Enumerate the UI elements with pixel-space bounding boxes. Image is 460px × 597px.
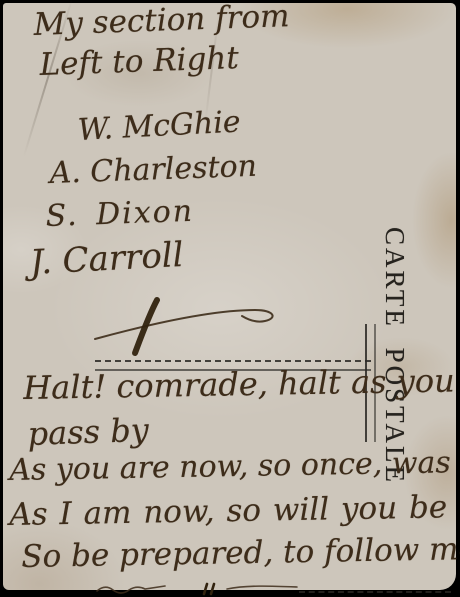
handwritten-verse-line: pass by	[27, 411, 149, 453]
handwritten-header-line-2: Left to Right	[39, 40, 239, 83]
ink-flourish	[95, 581, 300, 597]
handwritten-name: J. Carroll	[29, 235, 185, 283]
ink-flourish	[89, 297, 284, 355]
printed-address-line	[299, 591, 451, 593]
handwritten-verse-line: As I am now, so will you be	[9, 489, 447, 533]
handwritten-verse-line: So be prepared, to follow me.	[21, 531, 460, 575]
handwritten-name: W. McGhie	[77, 104, 241, 147]
postcard-back: My section from Left to Right W. McGhie …	[3, 3, 456, 590]
handwritten-name: S. Dixon	[45, 194, 195, 234]
handwritten-name: A. Charleston	[49, 149, 258, 191]
handwritten-header-line-1: My section from	[33, 0, 290, 43]
handwritten-verse-line: Halt! comrade, halt as you	[23, 361, 455, 407]
